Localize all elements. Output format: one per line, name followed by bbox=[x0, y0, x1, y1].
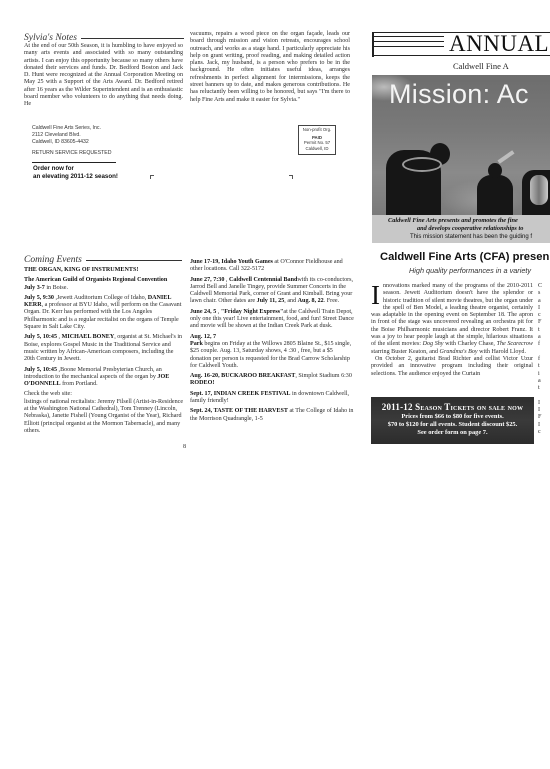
headline-text: THE ORGAN, KING OF INSTRUMENTS! bbox=[24, 267, 138, 273]
event-item: July 5, 10:45 ,Boone Memorial Presbyteri… bbox=[24, 367, 184, 389]
events-headline: THE ORGAN, KING OF INSTRUMENTS! bbox=[24, 267, 184, 274]
permit-line: Non-profit Org. bbox=[299, 127, 335, 133]
event-date: July 11, 25 bbox=[257, 298, 285, 304]
title-rule bbox=[81, 38, 184, 39]
event-performer: "Friday Night Express" bbox=[221, 309, 284, 315]
article-text: with Harold Lloyd. bbox=[478, 349, 526, 355]
masthead-line bbox=[374, 36, 444, 37]
tuba-instrument bbox=[530, 175, 548, 205]
event-text: from Portland. bbox=[61, 381, 98, 387]
permit-line: Permit No. 57 bbox=[299, 140, 335, 146]
sylvias-notes-col2: vacuums, repairs a wood piece on the org… bbox=[190, 31, 350, 104]
event-item: July 5, 10:45 , MICHAEL BONEY, organist … bbox=[24, 334, 184, 363]
column-fragment: I bbox=[538, 422, 550, 429]
column-fragment: i bbox=[538, 371, 550, 378]
event-item: June 27, 7:30 , Caldwell Centennial Band… bbox=[190, 277, 355, 306]
coming-events-right-column: June 17-19, Idaho Youth Games at O'Conno… bbox=[190, 259, 355, 426]
season-tickets-banner: 2011-12 Season Tickets on sale now Price… bbox=[371, 397, 534, 444]
crop-mark-right bbox=[289, 175, 293, 179]
event-text: , a professor at BYU Idaho, will perform… bbox=[24, 302, 181, 330]
event-date: July 5, 10:45 bbox=[24, 334, 57, 340]
section-heading: Sylvia's Notes bbox=[24, 33, 77, 43]
convention-date: July 3-7 bbox=[24, 285, 45, 291]
mission-photo: Mission: Ac bbox=[372, 75, 550, 215]
event-date: Sept. 24, TASTE OF THE HARVEST bbox=[190, 408, 288, 414]
photo-headline: Mission: Ac bbox=[389, 79, 529, 110]
annual-masthead: ANNUAL bbox=[372, 32, 550, 57]
event-date: June 17-19, Idaho Youth Games bbox=[190, 259, 273, 265]
event-performer: RODEO! bbox=[190, 380, 214, 386]
address-line: Caldwell Fine Arts Series, Inc. bbox=[32, 125, 111, 132]
column-fragment: f bbox=[538, 356, 550, 363]
event-item: Sept. 24, TASTE OF THE HARVEST at The Co… bbox=[190, 408, 355, 423]
caption-line: This mission statement has been the guid… bbox=[372, 233, 550, 241]
column-gap bbox=[538, 392, 550, 399]
annual-subhead: Caldwell Fine A bbox=[453, 61, 509, 71]
article-paragraph: On October 2, guitarist Brad Richter and… bbox=[371, 356, 533, 378]
column-fragment: I bbox=[538, 400, 550, 407]
trumpet-instrument bbox=[497, 150, 514, 164]
column-gap bbox=[538, 349, 550, 356]
tickets-line: Prices from $66 to $80 for five events. bbox=[371, 413, 534, 421]
column-fragment: F bbox=[538, 319, 550, 326]
web-site-note: Check the web site: listings of national… bbox=[24, 391, 184, 435]
article-paragraph: nnovations marked many of the programs o… bbox=[371, 283, 533, 347]
coming-events-title: Coming Events bbox=[24, 255, 182, 265]
permit-line: Caldwell, ID bbox=[299, 146, 335, 152]
column-fragment: t bbox=[538, 363, 550, 370]
event-item: Aug. 16-20, BUCKAROO BREAKFAST, Simplot … bbox=[190, 373, 355, 388]
web-site-text: listings of national recitalists: Jeremy… bbox=[24, 399, 184, 435]
postage-permit-box: Non-profit Org. PAID Permit No. 57 Caldw… bbox=[298, 125, 336, 155]
sylvias-notes-col1: At the end of our 50th Season, it is hum… bbox=[24, 43, 183, 109]
event-text: ,Jewett Auditorium College of Idaho, bbox=[54, 295, 148, 301]
web-site-label: Check the web site: bbox=[24, 391, 184, 398]
film-title: Grandma's Boy bbox=[440, 349, 478, 355]
annual-title: ANNUAL bbox=[449, 33, 549, 55]
page-number: 8 bbox=[183, 444, 186, 451]
event-text: . Free. bbox=[324, 298, 339, 304]
horn-instrument bbox=[402, 157, 442, 172]
column-fragment: I bbox=[538, 407, 550, 414]
event-item: June 17-19, Idaho Youth Games at O'Conno… bbox=[190, 259, 355, 274]
column-fragment: t bbox=[538, 327, 550, 334]
event-item: Sept. 17, INDIAN CREEK FESTIVAL in downt… bbox=[190, 391, 355, 406]
event-performer: MICHAEL BONEY bbox=[62, 334, 115, 340]
return-service-requested: RETURN SERVICE REQUESTED bbox=[32, 150, 111, 157]
coming-events-left-column: THE ORGAN, KING OF INSTRUMENTS! The Amer… bbox=[24, 267, 184, 438]
film-title: Dog Shy bbox=[423, 341, 444, 347]
column-fragment: F bbox=[538, 414, 550, 421]
event-date: Aug. 16-20, BUCKAROO BREAKFAST bbox=[190, 373, 295, 379]
event-item: Aug. 12, 7Park begins on Friday at the W… bbox=[190, 334, 355, 370]
convention-place: in Boise. bbox=[45, 285, 68, 291]
column-fragment: I bbox=[538, 305, 550, 312]
event-date: Aug. 8, 22 bbox=[298, 298, 324, 304]
return-address: Caldwell Fine Arts Series, Inc. 2112 Cle… bbox=[32, 125, 111, 157]
musician-silhouette bbox=[477, 175, 513, 215]
tickets-title: 2011-12 Season Tickets on sale now bbox=[371, 402, 534, 413]
event-item: July 5, 9:30 ,Jewett Auditorium College … bbox=[24, 295, 184, 331]
column-fragment: a bbox=[538, 298, 550, 305]
title-rule bbox=[86, 260, 182, 261]
event-date: June 24, 5 bbox=[190, 309, 216, 315]
drop-cap: I bbox=[371, 284, 380, 306]
order-line: an elevating 2011-12 season! bbox=[33, 173, 118, 181]
event-performer: Caldwell Centennial Band bbox=[229, 277, 297, 283]
address-line: Caldwell, ID 83605-4432 bbox=[32, 139, 111, 146]
caption-line: Caldwell Fine Arts presents and promotes… bbox=[372, 217, 550, 225]
column-fragment: t bbox=[538, 385, 550, 392]
cfa-section-title: Caldwell Fine Arts (CFA) presen bbox=[380, 251, 549, 263]
order-line: Order now for bbox=[33, 165, 118, 173]
cfa-article: Innovations marked many of the programs … bbox=[371, 283, 533, 378]
column-fragment: f bbox=[538, 341, 550, 348]
column-fragment: C bbox=[538, 283, 550, 290]
event-date: Sept. 17, INDIAN CREEK FESTIVAL bbox=[190, 391, 290, 397]
column-fragment: s bbox=[538, 290, 550, 297]
event-date: July 5, 9:30 bbox=[24, 295, 54, 301]
order-rule bbox=[32, 162, 116, 163]
event-item: June 24, 5 , "Friday Night Express"at th… bbox=[190, 309, 355, 331]
event-date: June 27, 7:30 bbox=[190, 277, 224, 283]
event-text: begins on Friday at the Willows 2805 Bla… bbox=[190, 341, 351, 369]
cut-off-column: C s a I c F t a f f t i a t I I F I c bbox=[538, 283, 550, 436]
musician-head bbox=[488, 163, 502, 178]
address-line: 2112 Cleveland Blvd. bbox=[32, 132, 111, 139]
masthead-line bbox=[374, 41, 444, 42]
column-fragment: c bbox=[538, 429, 550, 436]
section-heading: Coming Events bbox=[24, 255, 82, 265]
caption-line: and develops cooperative relationships t… bbox=[372, 225, 550, 233]
masthead-line bbox=[374, 46, 444, 47]
tickets-line: $70 to $120 for all events. Student disc… bbox=[371, 421, 534, 429]
film-title: The Scarecrow bbox=[497, 341, 533, 347]
article-text: with Charley Chase, bbox=[444, 341, 497, 347]
crop-mark-left bbox=[150, 175, 154, 179]
cfa-section-subtitle: High quality performances in a variety bbox=[409, 266, 531, 275]
sylvias-notes-title: Sylvia's Notes bbox=[24, 33, 184, 43]
order-now-callout: Order now for an elevating 2011-12 seaso… bbox=[33, 165, 118, 180]
event-text: , Simplot Stadium 6:30 bbox=[295, 373, 352, 379]
convention-item: The American Guild of Organists Regional… bbox=[24, 277, 184, 292]
event-performer: Park bbox=[190, 341, 203, 347]
event-date: Aug. 12, 7 bbox=[190, 334, 216, 340]
column-fragment: c bbox=[538, 312, 550, 319]
tickets-line: See order form on page 7. bbox=[371, 429, 534, 437]
event-date: July 5, 10:45 bbox=[24, 367, 57, 373]
article-text: starring Buster Keaton, and bbox=[371, 349, 440, 355]
convention-title: The American Guild of Organists Regional… bbox=[24, 277, 167, 283]
column-fragment: a bbox=[538, 378, 550, 385]
event-text: , and bbox=[284, 298, 297, 304]
mission-caption: Caldwell Fine Arts presents and promotes… bbox=[372, 215, 550, 243]
